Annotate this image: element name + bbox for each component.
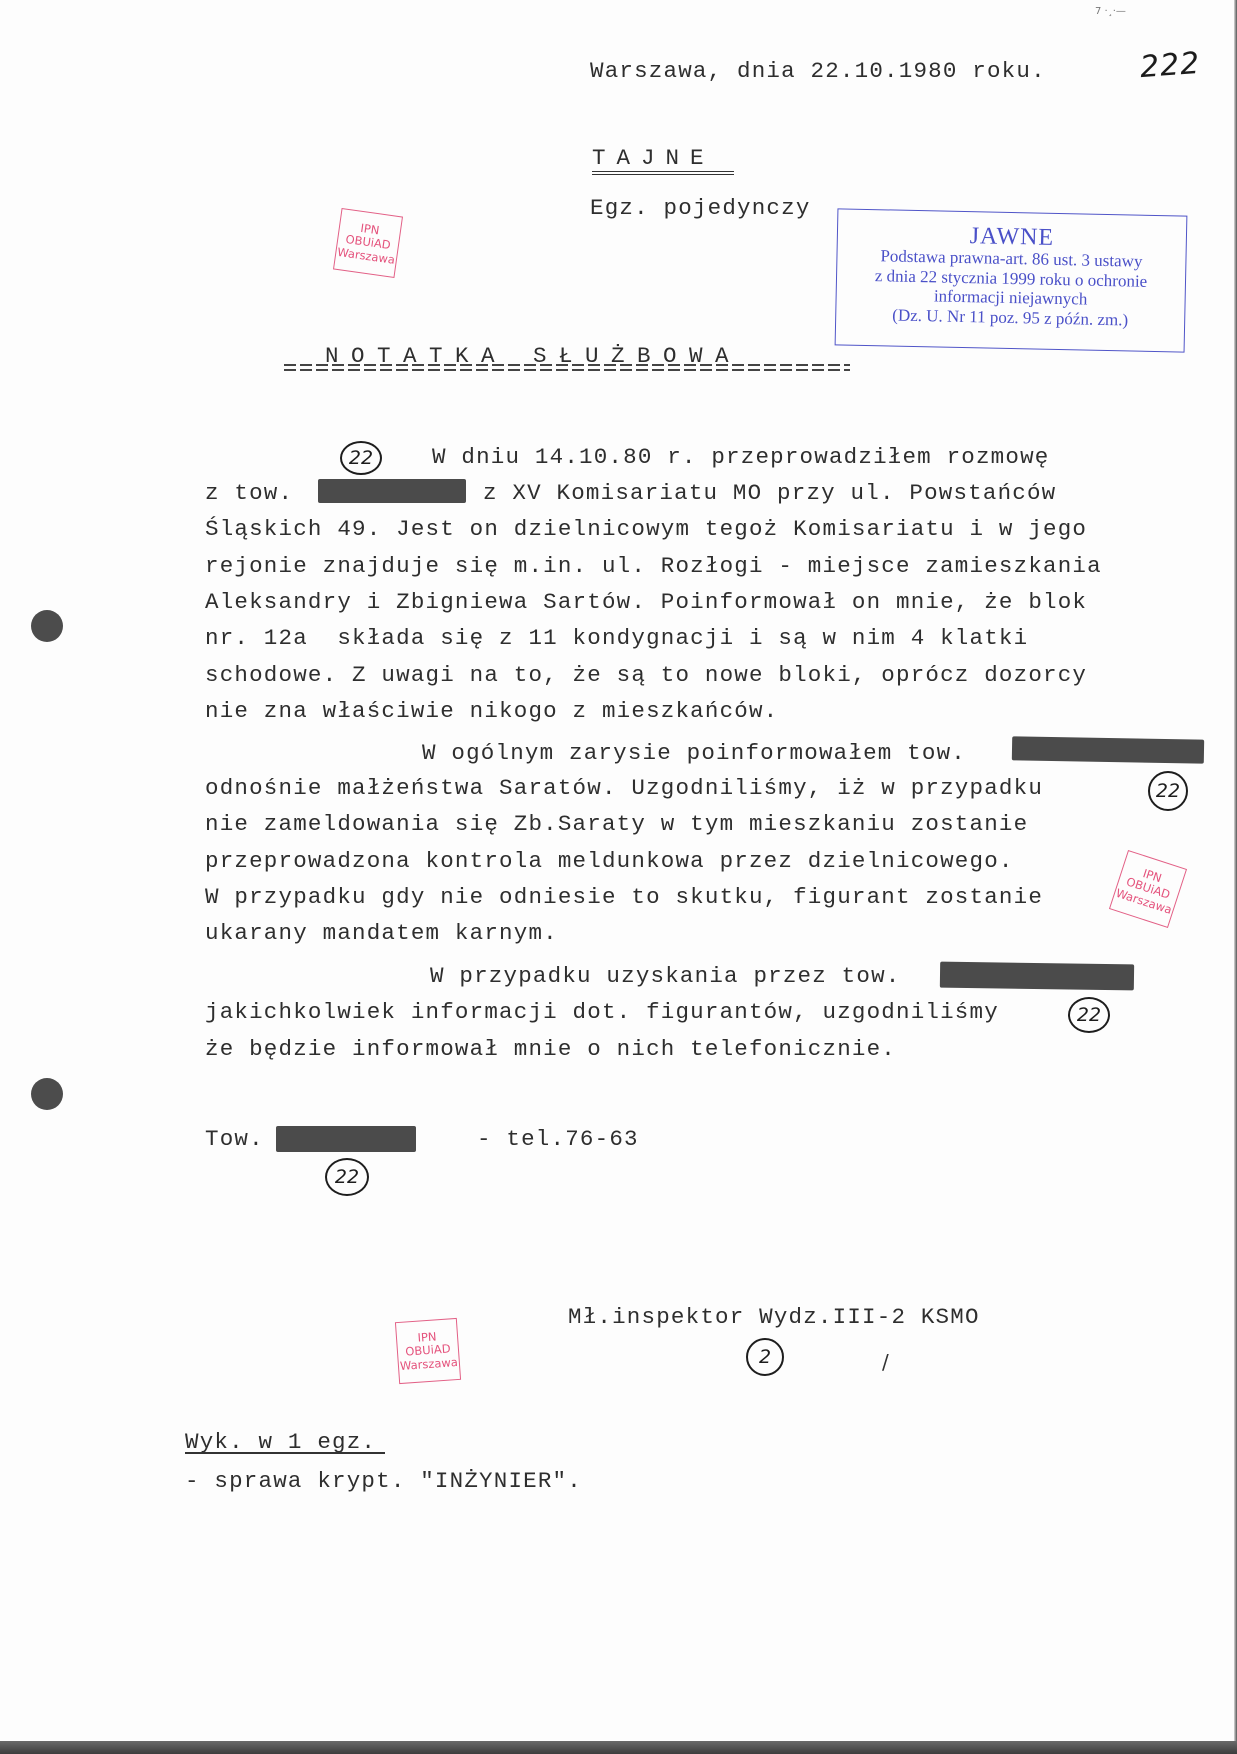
scanned-document-page: 7 ·¸·— 222 Warszawa, dnia 22.10.1980 rok… [0,0,1237,1754]
redaction-code-marker: 22 [325,1158,369,1196]
redaction-code-marker: 22 [1068,997,1110,1033]
case-note: - sprawa krypt. "INŻYNIER". [185,1470,582,1493]
signature-line: Mł.inspektor Wydz.III-2 KSMO [568,1306,980,1329]
contact-prefix: Tow. [205,1128,264,1151]
body-line: z tow. [205,482,293,505]
copy-note: Egz. pojedynczy [590,197,811,220]
body-line: jakichkolwiek informacji dot. figurantów… [205,1001,999,1024]
body-line: schodowe. Z uwagi na to, że są to nowe b… [205,664,1087,687]
redaction-bar [1012,736,1204,763]
body-line: ukarany mandatem karnym. [205,922,558,945]
redaction-bar [940,962,1134,991]
ipn-stamp: IPN OBUiAD Warszawa [333,208,403,278]
body-line: W dniu 14.10.80 r. przeprowadziłem rozmo… [432,446,1050,469]
redaction-code-marker: 22 [340,441,382,475]
archive-scribble: 7 ·¸·— [1095,6,1126,17]
body-line: W przypadku gdy nie odniesie to skutku, … [205,886,1043,909]
body-line: nr. 12a składa się z 11 kondygnacji i są… [205,627,1028,650]
contact-phone: - tel.76-63 [477,1128,639,1151]
copies-underline [185,1452,385,1454]
body-line: rejonie znajduje się m.in. ul. Rozłogi -… [205,555,1102,578]
punch-hole [31,1078,63,1110]
body-line: W przypadku uzyskania przez tow. [430,965,900,988]
ipn-stamp-line: Warszawa [399,1356,460,1373]
ipn-stamp: IPN OBUiAD Warszawa [1109,850,1187,928]
page-number: 222 [1139,46,1202,85]
body-line: że będzie informował mnie o nich telefon… [205,1038,896,1061]
redaction-bar [318,479,466,503]
punch-hole [31,610,63,642]
body-line: z XV Komisariatu MO przy ul. Powstańców [483,482,1056,505]
copies-note: Wyk. w 1 egz. [185,1431,376,1454]
body-line: Śląskich 49. Jest on dzielnicowym tegoż … [205,518,1087,541]
body-line: nie zameldowania się Zb.Saraty w tym mie… [205,813,1028,836]
body-line: przeprowadzona kontrola meldunkowa przez… [205,850,1014,873]
title-double-underline [284,364,850,371]
body-line: nie zna właściwie nikogo z mieszkańców. [205,700,778,723]
redaction-bar [276,1126,416,1152]
classification-underline [592,171,734,175]
pen-mark: / [882,1350,889,1374]
body-line: odnośnie małżeństwa Saratów. Uzgodniliśm… [205,777,1043,800]
declassification-stamp: JAWNE Podstawa prawna-art. 86 ust. 3 ust… [835,208,1188,352]
signature-code-marker: 2 [746,1338,784,1376]
classification-label: TAJNE [592,147,715,170]
body-line: Aleksandry i Zbigniewa Sartów. Poinformo… [205,591,1087,614]
place-date: Warszawa, dnia 22.10.1980 roku. [590,60,1046,83]
redaction-code-marker: 22 [1148,771,1188,811]
scan-edge-bottom [0,1741,1237,1754]
ipn-stamp: IPN OBUiAD Warszawa [395,1318,461,1384]
body-line: W ogólnym zarysie poinformowałem tow. [422,742,966,765]
